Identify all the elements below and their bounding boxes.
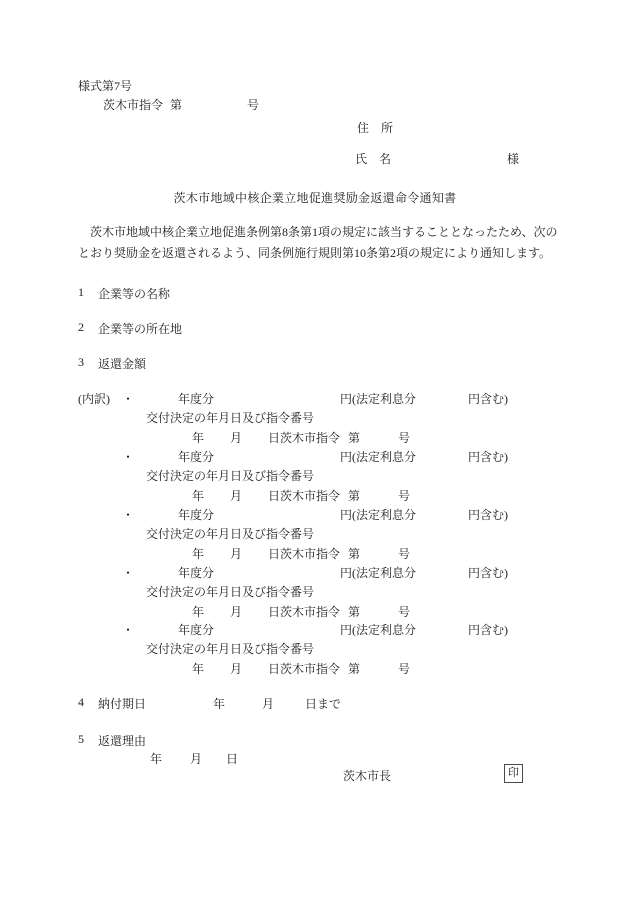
- fiscal-year-label: 年度分: [178, 390, 214, 407]
- item-number: 5: [78, 732, 84, 747]
- breakdown-prefix: (内訳): [78, 390, 110, 407]
- bullet: ・: [122, 448, 134, 465]
- yen-include-label: 円含む): [468, 621, 508, 638]
- yen-interest-label: 円(法定利息分: [340, 390, 416, 407]
- item-number: 4: [78, 695, 84, 710]
- go-label: 号: [398, 603, 410, 620]
- day-directive-label: 日茨木市指令: [268, 603, 340, 620]
- yen-include-label: 円含む): [468, 506, 508, 523]
- day-directive-label: 日茨木市指令: [268, 545, 340, 562]
- honorific: 様: [507, 150, 519, 167]
- item-label: 企業等の所在地: [98, 320, 182, 337]
- year-label: 年: [192, 429, 204, 446]
- bullet: ・: [122, 621, 134, 638]
- decision-label: 交付決定の年月日及び指令番号: [146, 409, 314, 426]
- fiscal-year-label: 年度分: [178, 564, 214, 581]
- year-label: 年: [192, 603, 204, 620]
- year-label: 年: [150, 750, 162, 767]
- form-number-line: 様式第7号: [0, 77, 630, 94]
- decision-label: 交付決定の年月日及び指令番号: [146, 525, 314, 542]
- item-number: 2: [78, 320, 84, 335]
- day-until-label: 日まで: [305, 695, 341, 712]
- seal-label: 印: [508, 768, 519, 779]
- item-label: 企業等の名称: [98, 285, 170, 302]
- recipient-name-line: 氏 名 様: [0, 150, 630, 167]
- bullet: ・: [122, 564, 134, 581]
- month-label: 月: [230, 603, 242, 620]
- seal-mark: 印: [504, 764, 523, 783]
- day-directive-label: 日茨木市指令: [268, 429, 340, 446]
- decision-label: 交付決定の年月日及び指令番号: [146, 467, 314, 484]
- document-title: 茨木市地域中核企業立地促進奨励金返還命令通知書: [0, 189, 630, 206]
- yen-interest-label: 円(法定利息分: [340, 506, 416, 523]
- fiscal-year-label: 年度分: [178, 448, 214, 465]
- issue-date-line: 年 月 日: [0, 750, 630, 767]
- month-label: 月: [230, 660, 242, 677]
- item-return-reason: 5 返還理由: [0, 732, 630, 749]
- directive-dai: 第: [170, 96, 182, 113]
- yen-interest-label: 円(法定利息分: [340, 448, 416, 465]
- bullet: ・: [122, 506, 134, 523]
- yen-interest-label: 円(法定利息分: [340, 564, 416, 581]
- month-label: 月: [190, 750, 202, 767]
- item-company-location: 2 企業等の所在地: [0, 320, 630, 337]
- item-label: 返還理由: [98, 732, 146, 749]
- dai-label: 第: [348, 487, 360, 504]
- breakdown-entry: ・ 年度分 円(法定利息分 円含む) 交付決定の年月日及び指令番号 年 月 日茨…: [0, 506, 630, 566]
- yen-include-label: 円含む): [468, 448, 508, 465]
- bullet: ・: [122, 390, 134, 407]
- body-paragraph: 茨木市地域中核企業立地促進条例第8条第1項の規定に該当することとなったため、次の…: [78, 222, 558, 264]
- yen-include-label: 円含む): [468, 390, 508, 407]
- dai-label: 第: [348, 429, 360, 446]
- breakdown-entry: (内訳) ・ 年度分 円(法定利息分 円含む) 交付決定の年月日及び指令番号 年…: [0, 390, 630, 450]
- go-label: 号: [398, 660, 410, 677]
- year-label: 年: [213, 695, 225, 712]
- year-label: 年: [192, 660, 204, 677]
- day-directive-label: 日茨木市指令: [268, 660, 340, 677]
- directive-number-line: 茨木市指令 第 号: [0, 96, 630, 113]
- breakdown-entry: ・ 年度分 円(法定利息分 円含む) 交付決定の年月日及び指令番号 年 月 日茨…: [0, 621, 630, 681]
- directive-prefix: 茨木市指令: [103, 96, 163, 113]
- decision-label: 交付決定の年月日及び指令番号: [146, 640, 314, 657]
- year-label: 年: [192, 545, 204, 562]
- item-label: 納付期日: [98, 695, 146, 712]
- item-label: 返還金額: [98, 355, 146, 372]
- go-label: 号: [398, 545, 410, 562]
- day-directive-label: 日茨木市指令: [268, 487, 340, 504]
- recipient-address-line: 住 所: [0, 119, 630, 136]
- fiscal-year-label: 年度分: [178, 506, 214, 523]
- name-label: 氏 名: [355, 150, 391, 167]
- breakdown-entry: ・ 年度分 円(法定利息分 円含む) 交付決定の年月日及び指令番号 年 月 日茨…: [0, 564, 630, 624]
- directive-go: 号: [247, 96, 259, 113]
- go-label: 号: [398, 487, 410, 504]
- item-number: 1: [78, 285, 84, 300]
- dai-label: 第: [348, 660, 360, 677]
- decision-label: 交付決定の年月日及び指令番号: [146, 583, 314, 600]
- fiscal-year-label: 年度分: [178, 621, 214, 638]
- yen-include-label: 円含む): [468, 564, 508, 581]
- go-label: 号: [398, 429, 410, 446]
- item-company-name: 1 企業等の名称: [0, 285, 630, 302]
- item-number: 3: [78, 355, 84, 370]
- month-label: 月: [230, 487, 242, 504]
- item-payment-due: 4 納付期日 年 月 日まで: [0, 695, 630, 712]
- year-label: 年: [192, 487, 204, 504]
- month-label: 月: [230, 429, 242, 446]
- mayor-label: 茨木市長: [343, 767, 391, 784]
- day-label: 日: [226, 750, 238, 767]
- month-label: 月: [262, 695, 274, 712]
- item-return-amount: 3 返還金額: [0, 355, 630, 372]
- form-number: 様式第7号: [78, 77, 132, 94]
- breakdown-entry: ・ 年度分 円(法定利息分 円含む) 交付決定の年月日及び指令番号 年 月 日茨…: [0, 448, 630, 508]
- dai-label: 第: [348, 545, 360, 562]
- mayor-line: 茨木市長: [0, 767, 630, 784]
- yen-interest-label: 円(法定利息分: [340, 621, 416, 638]
- document-page: 様式第7号 茨木市指令 第 号 住 所 氏 名 様 茨木市地域中核企業立地促進奨…: [0, 0, 630, 903]
- address-label: 住 所: [357, 119, 393, 136]
- dai-label: 第: [348, 603, 360, 620]
- month-label: 月: [230, 545, 242, 562]
